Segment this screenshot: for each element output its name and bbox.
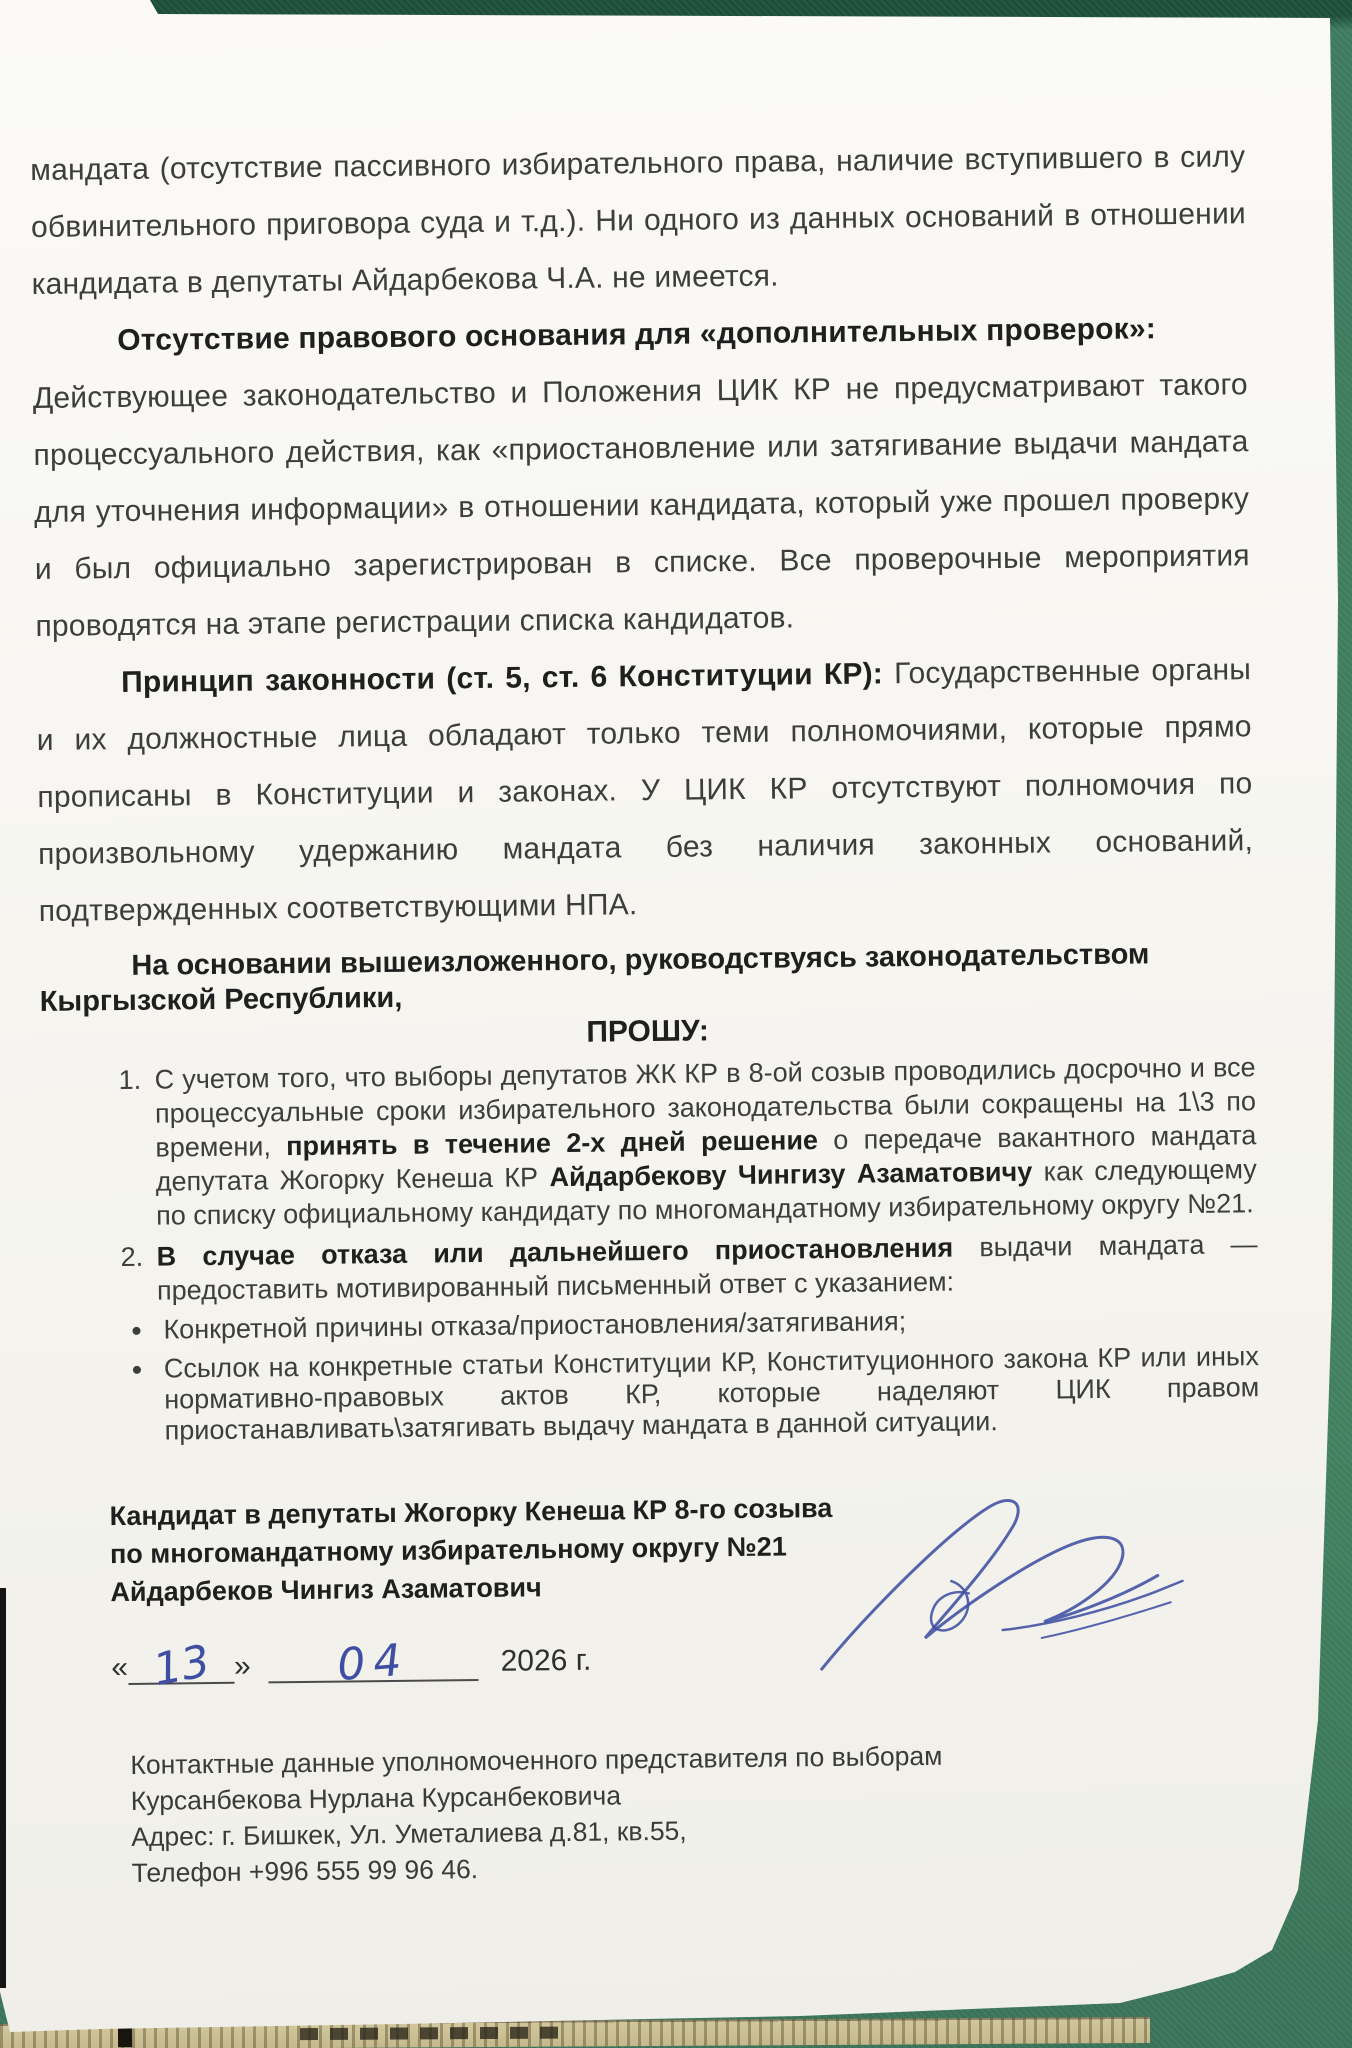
left-edge-shadow: [0, 1588, 6, 1988]
handwritten-month: 04: [336, 1634, 412, 1691]
bullet-item-1: Конкретной причины отказа/приостановлени…: [155, 1302, 1258, 1346]
handwritten-day: 13: [149, 1636, 213, 1696]
body-paragraph-continuation: мандата (отсутствие пассивного избирател…: [30, 128, 1247, 313]
edge-marks: [300, 2027, 560, 2041]
scanned-document-photo: мандата (отсутствие пассивного избирател…: [0, 0, 1352, 2048]
request-item-1: С учетом того, что выборы депутатов ЖК К…: [148, 1050, 1257, 1233]
close-quote: »: [234, 1650, 251, 1683]
edge-mark: [118, 2027, 132, 2047]
request-1-bold-deadline: принять в течение 2-х дней решение: [286, 1125, 818, 1161]
section-legality-principle: Принцип законности (ст. 5, ст. 6 Констит…: [36, 641, 1254, 940]
request-1-bold-name: Айдарбекову Чингизу Азаматовичу: [549, 1157, 1032, 1192]
request-2-bold: В случае отказа или дальнейшего приостан…: [156, 1233, 953, 1272]
section-body-no-legal-basis: Действующее законодательство и Положения…: [33, 356, 1251, 655]
month-slot: 04: [268, 1635, 479, 1683]
bullet-item-2: Ссылок на конкретные статьи Конституции …: [156, 1341, 1260, 1447]
day-slot: 13: [128, 1638, 235, 1685]
bullet-list: Конкретной причины отказа/приостановлени…: [43, 1302, 1259, 1448]
date-year: 2026 г.: [500, 1644, 591, 1681]
signature: [790, 1458, 1210, 1714]
request-list: С учетом того, что выборы депутатов ЖК К…: [40, 1050, 1258, 1309]
document-body: мандата (отсутствие пассивного избирател…: [30, 128, 1254, 940]
preamble: На основании вышеизложенного, руководств…: [39, 936, 1255, 1020]
open-quote: «: [111, 1651, 128, 1684]
contact-block: Контактные данные уполномоченного предст…: [130, 1734, 1265, 1891]
section-heading-legality: Принцип законности (ст. 5, ст. 6 Констит…: [121, 657, 883, 699]
request-item-2: В случае отказа или дальнейшего приостан…: [150, 1227, 1258, 1308]
